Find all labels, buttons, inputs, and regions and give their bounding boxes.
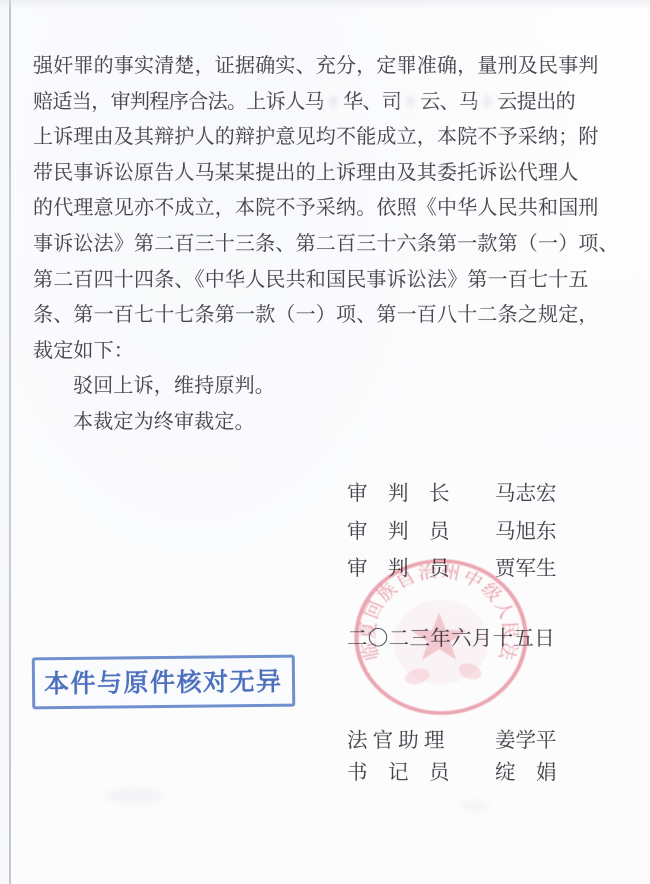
scan-left-margin: [0, 0, 9, 884]
scan-edge-line: [9, 0, 11, 884]
body-line-7: 第二百四十四条、《中华人民共和国民事诉讼法》第一百七十五: [33, 263, 625, 299]
redacted-name: [403, 92, 418, 111]
body-line-4: 带民事诉讼原告人马某某提出的上诉理由及其委托诉讼代理人: [33, 156, 625, 192]
judge-assistant-label: 法 官 助 理: [347, 723, 444, 753]
scan-top-shade: [0, 0, 650, 10]
redacted-name: [480, 92, 495, 111]
body-line-9: 裁定如下：: [33, 334, 625, 370]
body-line-segment: 华、司: [343, 91, 401, 113]
body-line-segment: 云、马: [420, 91, 478, 113]
verification-stamp-text: 本件与原件核对无异: [44, 668, 283, 698]
ruling-result-line: 驳回上诉，维持原判。: [33, 369, 625, 405]
verification-stamp: 本件与原件核对无异: [32, 655, 295, 710]
scanned-court-ruling-page: 强奸罪的事实清楚，证据确实、充分，定罪准确，量刑及民事判 赔适当，审判程序合法。…: [0, 0, 650, 884]
ruling-body: 强奸罪的事实清楚，证据确实、充分，定罪准确，量刑及民事判 赔适当，审判程序合法。…: [33, 49, 625, 441]
presiding-judge-name: 马志宏: [495, 476, 557, 506]
body-line-segment: 赔适当，审判程序合法。上诉人马: [33, 91, 324, 113]
court-seal: 临夏回族自治州中级人民法院: [341, 547, 541, 727]
court-clerk-label: 书 记 员: [347, 755, 450, 785]
court-clerk-name: 绽 娟: [495, 755, 557, 785]
body-line-1: 强奸罪的事实清楚，证据确实、充分，定罪准确，量刑及民事判: [33, 49, 625, 85]
body-line-2: 赔适当，审判程序合法。上诉人马华、司云、马云提出的: [33, 85, 625, 121]
judge-label: 审 判 员: [347, 514, 450, 544]
final-ruling-line: 本裁定为终审裁定。: [33, 405, 625, 441]
judge-assistant-name: 姜学平: [495, 723, 557, 753]
scan-smudge: [105, 788, 165, 804]
presiding-judge-label: 审 判 长: [347, 476, 450, 506]
body-line-6: 事诉讼法》第二百三十三条、第二百三十六条第一款第（一）项、: [33, 227, 625, 263]
judge-name: 马旭东: [495, 514, 557, 544]
body-line-3: 上诉理由及其辩护人的辩护意见均不能成立，本院不予采纳；附: [33, 120, 625, 156]
redacted-name: [326, 92, 341, 111]
scan-smudge: [460, 800, 490, 812]
body-line-8: 条、第一百七十七条第一款（一）项、第一百八十二条之规定，: [33, 298, 625, 334]
body-line-5: 的代理意见亦不成立，本院不予采纳。依照《中华人民共和国刑: [33, 191, 625, 227]
body-line-segment: 云提出的: [497, 91, 575, 113]
